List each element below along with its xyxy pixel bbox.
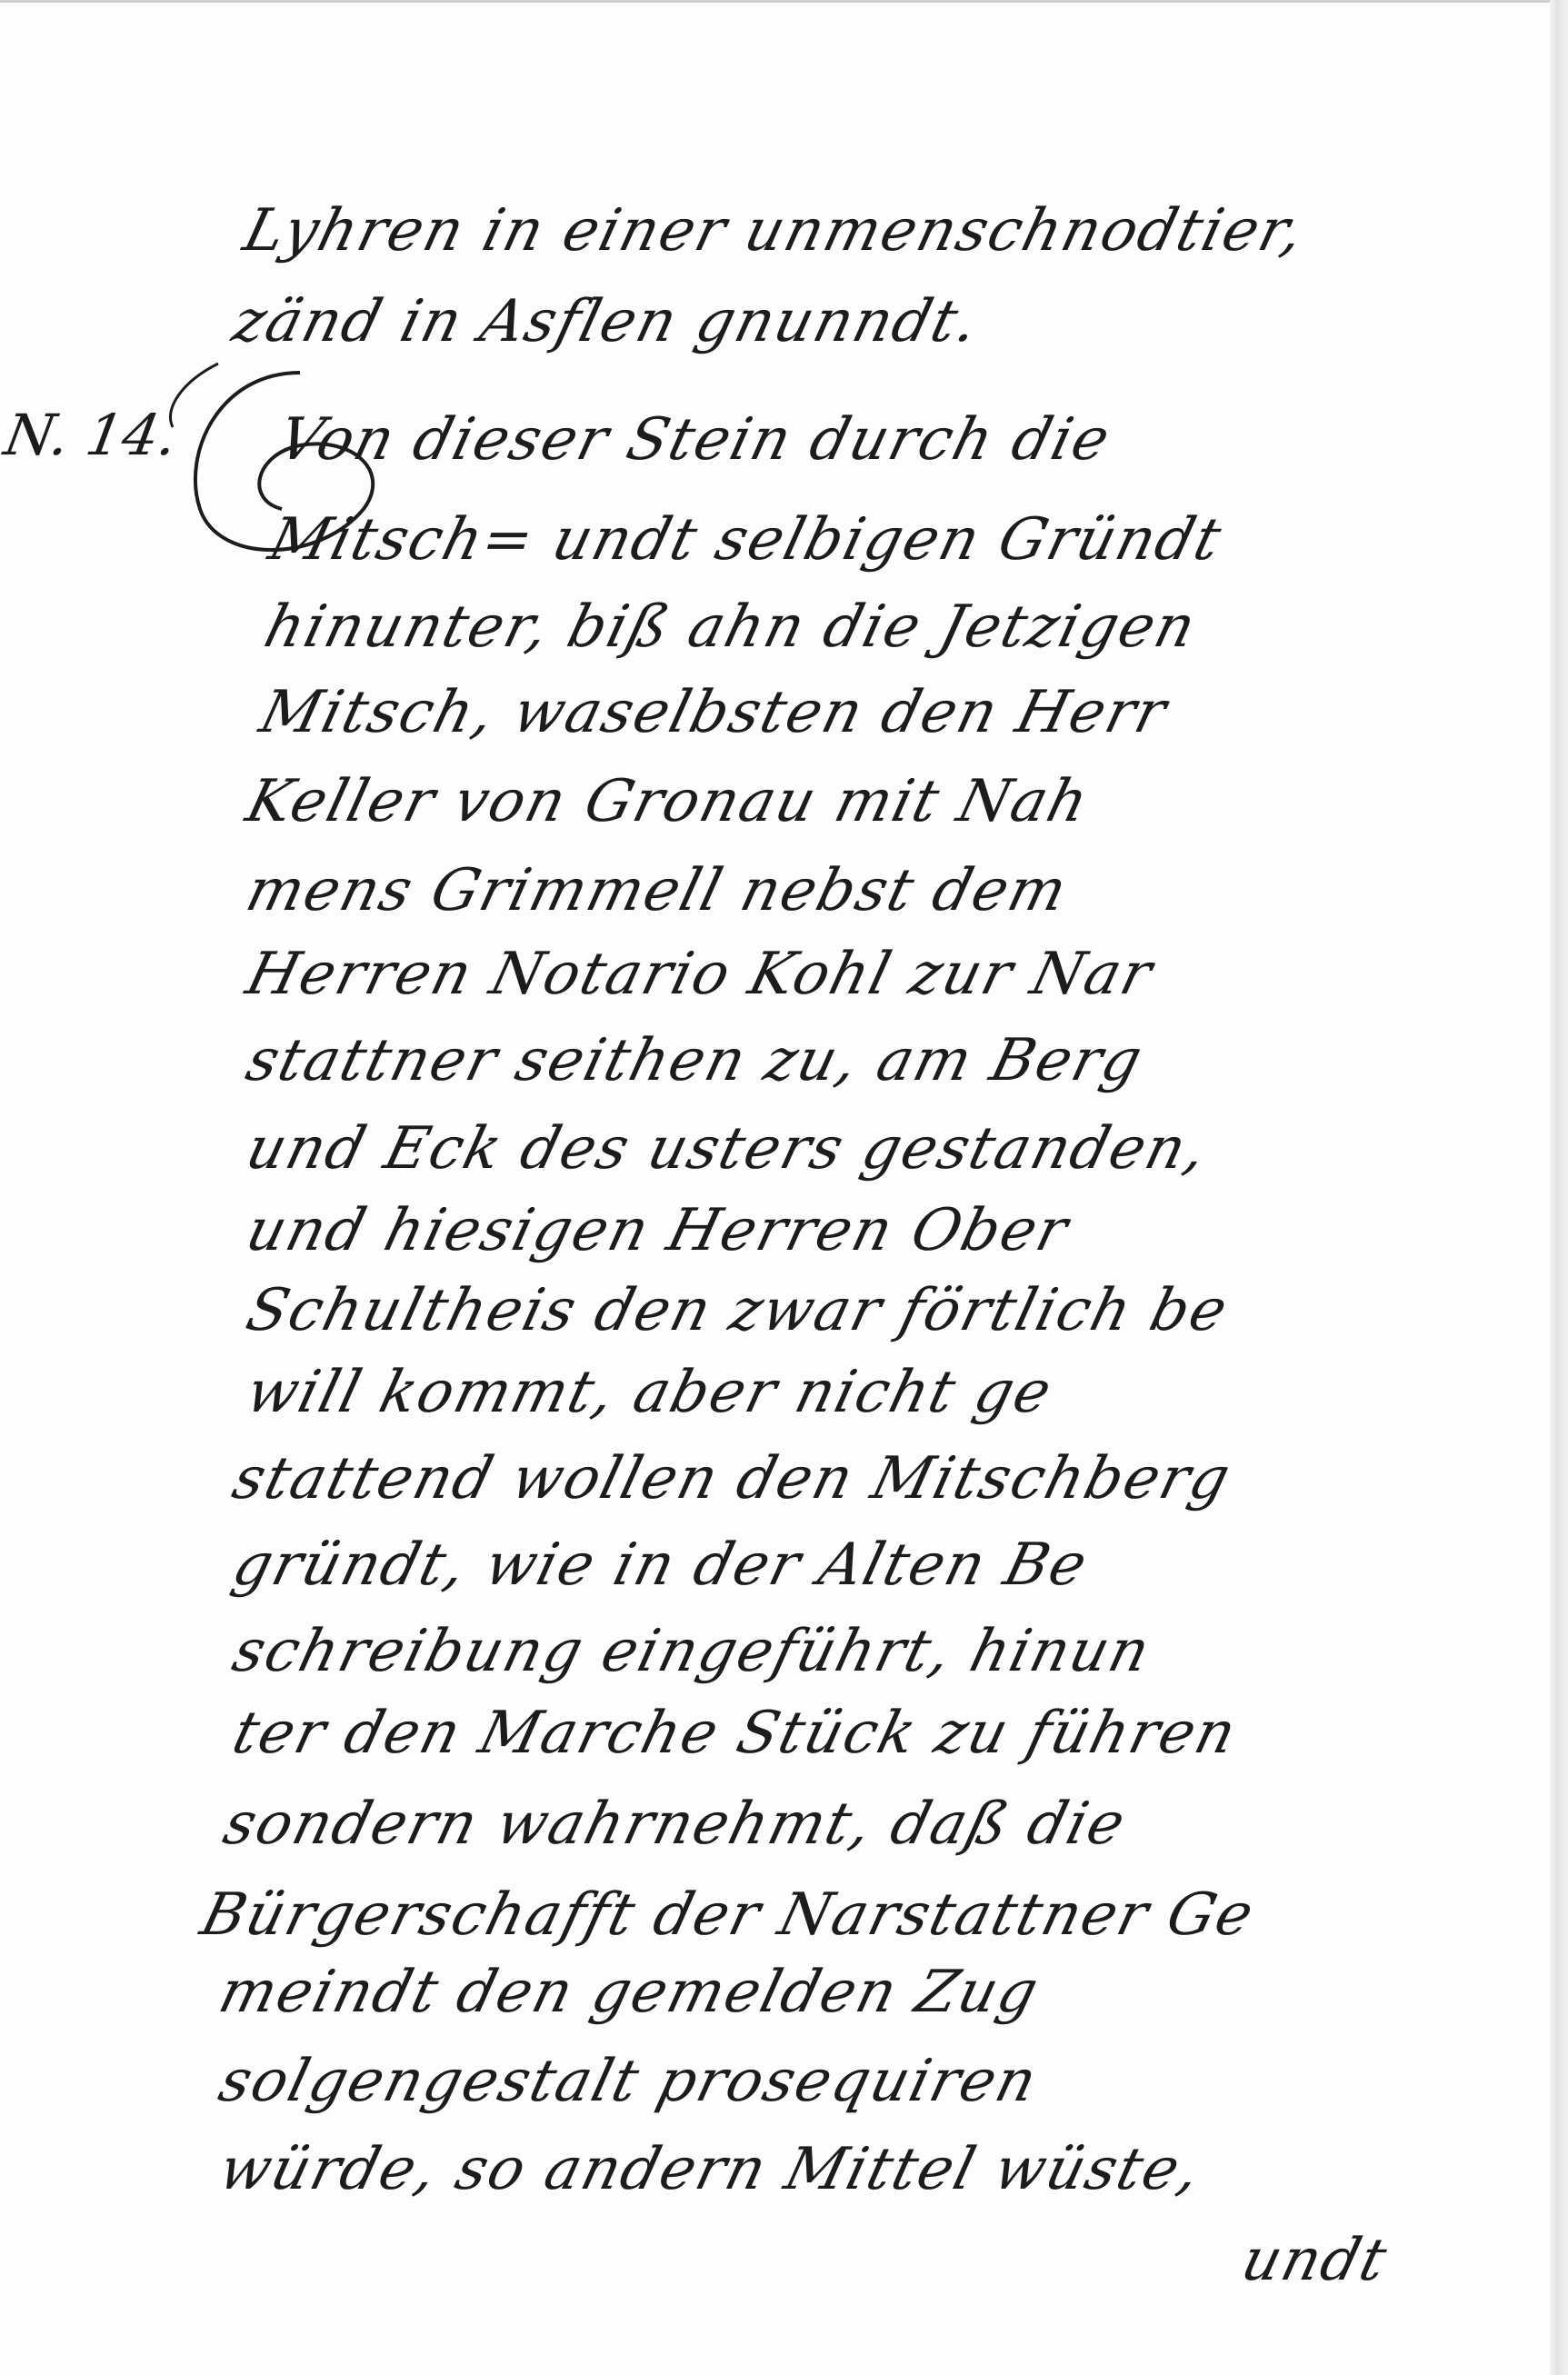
manuscript-line-22: solgengestalt prosequiren [214,2052,1044,2111]
manuscript-line-13: Schultheis den zwar förtlich be [241,1282,1234,1340]
page-top-edge [0,0,1568,3]
manuscript-line-2: zänd in Asflen gnunndt. [227,293,985,351]
manuscript-line-9: Herren Notario Kohl zur Nar [241,945,1159,1003]
manuscript-line-19: sondern wahrnehmt, daß die [218,1795,1132,1853]
manuscript-line-7: Keller von Gronau mit Nah [241,773,1095,831]
manuscript-line-12: und hiesigen Herren Ober [241,1202,1074,1260]
manuscript-line-16: gründt, wie in der Alten Be [227,1536,1094,1594]
manuscript-line-15: stattend wollen den Mitschberg [227,1450,1237,1508]
manuscript-line-4: Mitsch= undt selbigen Gründt [264,511,1228,569]
manuscript-line-3: Von dieser Stein durch die [273,411,1116,469]
manuscript-line-8: mens Grimmell nebst dem [241,862,1074,920]
manuscript-line-5: hinunter, biß ahn die Jetzigen [259,598,1203,656]
manuscript-page: N. 14. Lyhren in einer unmenschnodtier, … [0,0,1568,2375]
manuscript-line-14: will kommt, aber nicht ge [241,1363,1058,1422]
manuscript-line-10: stattner seithen zu, am Berg [241,1032,1149,1090]
manuscript-line-23: würde, so andern Mittel wüste, [214,2140,1207,2199]
manuscript-line-20: Bürgerschafft der Narstattner Ge [195,1886,1260,1944]
manuscript-line-1: Lyhren in einer unmenschnodtier, [238,202,1311,260]
manuscript-line-11: und Eck des usters gestanden, [241,1120,1213,1178]
manuscript-line-24: undt [1236,2231,1393,2290]
margin-entry-number: N. 14. [0,402,183,468]
page-right-edge [1550,0,1568,2375]
manuscript-line-21: meindt den gemelden Zug [214,1963,1045,2021]
manuscript-line-6: Mitsch, waselbsten den Herr [255,684,1174,742]
manuscript-line-17: schreibung eingeführt, hinun [227,1622,1156,1681]
manuscript-line-18: ter den Marche Stück zu führen [227,1704,1243,1762]
